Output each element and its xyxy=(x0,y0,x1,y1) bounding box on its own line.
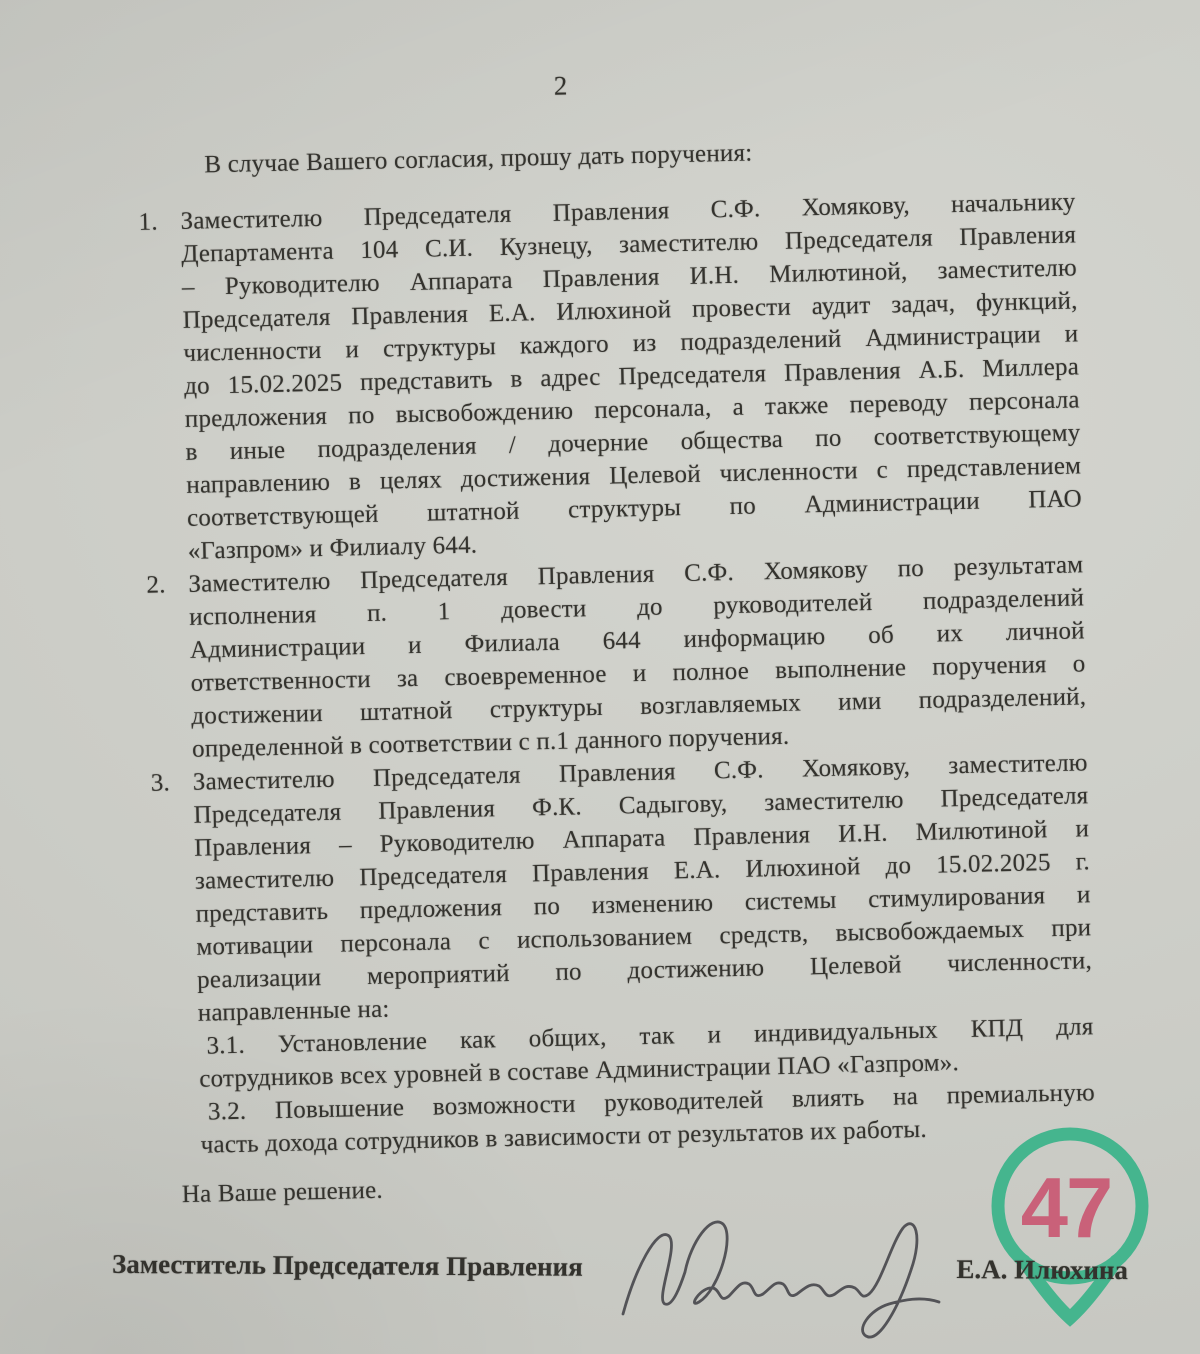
page-number: 2 xyxy=(130,61,990,110)
signature-row: Заместитель Председателя Правления Е.А. … xyxy=(112,1249,1128,1286)
item-text: Заместителю Председателя Правления С.Ф. … xyxy=(180,185,1083,567)
intro-paragraph: В случае Вашего согласия, прошу дать пор… xyxy=(204,129,1075,181)
list-item-3: 3.Заместителю Председателя Правления С.Ф… xyxy=(145,746,1095,1162)
item-text: Заместителю Председателя Правления С.Ф. … xyxy=(192,746,1095,1161)
signatory-name: Е.А. Илюхина xyxy=(956,1254,1128,1286)
signatory-title: Заместитель Председателя Правления xyxy=(112,1249,583,1283)
list-item-2: 2.Заместителю Председателя Правления С.Ф… xyxy=(141,548,1087,767)
item-text: Заместителю Председателя Правления С.Ф. … xyxy=(188,548,1087,765)
item-number: 2. xyxy=(146,568,192,767)
document-page: 2 В случае Вашего согласия, прошу дать п… xyxy=(130,37,1097,1211)
list-item-1: 1.Заместителю Председателя Правления С.Ф… xyxy=(133,185,1083,568)
instruction-list: 1.Заместителю Председателя Правления С.Ф… xyxy=(133,185,1096,1162)
